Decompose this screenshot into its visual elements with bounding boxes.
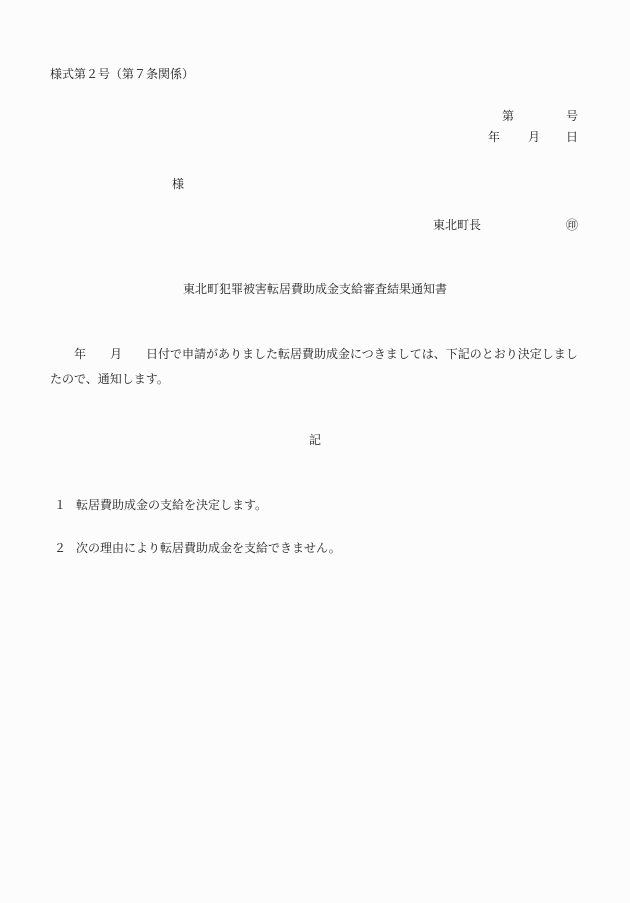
date-day: 日 [566,131,578,143]
addressee-honorific: 様 [172,178,184,190]
list-item-text: 次の理由により転居費助成金を支給できません。 [76,541,341,555]
list-item-number: ２ [54,542,76,554]
body-paragraph: 年 月 日付で申請がありました転居費助成金につきましては、下記のとおり決定しまし… [50,342,580,392]
date-month: 月 [528,131,540,143]
document-number-prefix: 第 [502,110,514,122]
list-item: １転居費助成金の支給を決定します。 [54,499,267,511]
date-year: 年 [488,131,500,143]
list-item-number: １ [54,499,76,511]
document-number-suffix: 号 [566,110,578,122]
list-item: ２次の理由により転居費助成金を支給できません。 [54,542,341,554]
ki-heading: 記 [0,434,630,446]
document-title: 東北町犯罪被害転居費助成金支給審査結果通知書 [0,283,630,295]
seal-mark-icon: ㊞ [566,219,578,231]
list-item-text: 転居費助成金の支給を決定します。 [76,498,267,512]
issuer-name: 東北町長 [433,219,481,231]
form-number: 様式第２号（第７条関係） [50,68,194,80]
